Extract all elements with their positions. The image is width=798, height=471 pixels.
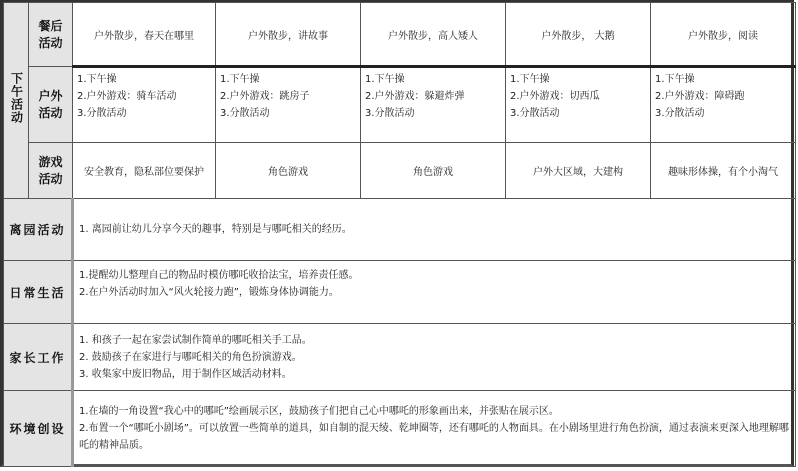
after-meal-row: 下午活动 餐后活动 户外散步，春天在哪里 户外散步，讲故事 户外散步，高人矮人 … <box>4 3 796 67</box>
game-label: 游戏活动 <box>29 143 73 199</box>
after-meal-label: 餐后活动 <box>29 3 73 67</box>
outdoor-label: 户外活动 <box>29 67 73 143</box>
outdoor-row: 户外活动 1.下午操2.户外游戏：骑车活动3.分散活动 1.下午操2.户外游戏：… <box>4 67 796 143</box>
daily-life-content: 1.提醒幼儿整理自己的物品时模仿哪吒收拾法宝，培养责任感。2.在户外活动时加入“… <box>73 261 796 324</box>
outdoor-cell: 1.下午操2.户外游戏：障碍跑3.分散活动 <box>651 67 796 143</box>
daily-life-label: 日常生活 <box>4 261 73 324</box>
environment-row: 环境创设 1.在墙的一角设置“我心中的哪吒”绘画展示区，鼓励孩子们把自己心中哪吒… <box>4 391 796 467</box>
leaving-label: 离园活动 <box>4 199 73 261</box>
game-row: 游戏活动 安全教育，隐私部位要保护 角色游戏 角色游戏 户外大区域，大建构 趣味… <box>4 143 796 199</box>
game-cell: 角色游戏 <box>361 143 506 199</box>
leaving-content: 1. 离园前让幼儿分享今天的趣事，特别是与哪吒相关的经历。 <box>73 199 796 261</box>
outdoor-cell: 1.下午操2.户外游戏：骑车活动3.分散活动 <box>73 67 216 143</box>
parent-work-row: 家长工作 1. 和孩子一起在家尝试制作简单的哪吒相关手工品。2. 鼓励孩子在家进… <box>4 324 796 391</box>
game-cell: 角色游戏 <box>216 143 361 199</box>
environment-content: 1.在墙的一角设置“我心中的哪吒”绘画展示区，鼓励孩子们把自己心中哪吒的形象画出… <box>73 391 796 467</box>
parent-work-content: 1. 和孩子一起在家尝试制作简单的哪吒相关手工品。2. 鼓励孩子在家进行与哪吒相… <box>73 324 796 391</box>
outdoor-cell: 1.下午操2.户外游戏：跳房子3.分散活动 <box>216 67 361 143</box>
outdoor-cell: 1.下午操2.户外游戏：躲避炸弹3.分散活动 <box>361 67 506 143</box>
afternoon-activities-header: 下午活动 <box>4 3 29 199</box>
game-cell: 安全教育，隐私部位要保护 <box>73 143 216 199</box>
after-meal-cell: 户外散步，阅读 <box>651 3 796 67</box>
parent-work-label: 家长工作 <box>4 324 73 391</box>
daily-life-row: 日常生活 1.提醒幼儿整理自己的物品时模仿哪吒收拾法宝，培养责任感。2.在户外活… <box>4 261 796 324</box>
leaving-row: 离园活动 1. 离园前让幼儿分享今天的趣事，特别是与哪吒相关的经历。 <box>4 199 796 261</box>
after-meal-cell: 户外散步，讲故事 <box>216 3 361 67</box>
game-cell: 户外大区域，大建构 <box>506 143 651 199</box>
game-cell: 趣味形体操，有个小淘气 <box>651 143 796 199</box>
environment-label: 环境创设 <box>4 391 73 467</box>
after-meal-cell: 户外散步，春天在哪里 <box>73 3 216 67</box>
outdoor-cell: 1.下午操2.户外游戏：切西瓜3.分散活动 <box>506 67 651 143</box>
after-meal-cell: 户外散步，高人矮人 <box>361 3 506 67</box>
schedule-table: 下午活动 餐后活动 户外散步，春天在哪里 户外散步，讲故事 户外散步，高人矮人 … <box>3 2 796 467</box>
after-meal-cell: 户外散步， 大鹅 <box>506 3 651 67</box>
